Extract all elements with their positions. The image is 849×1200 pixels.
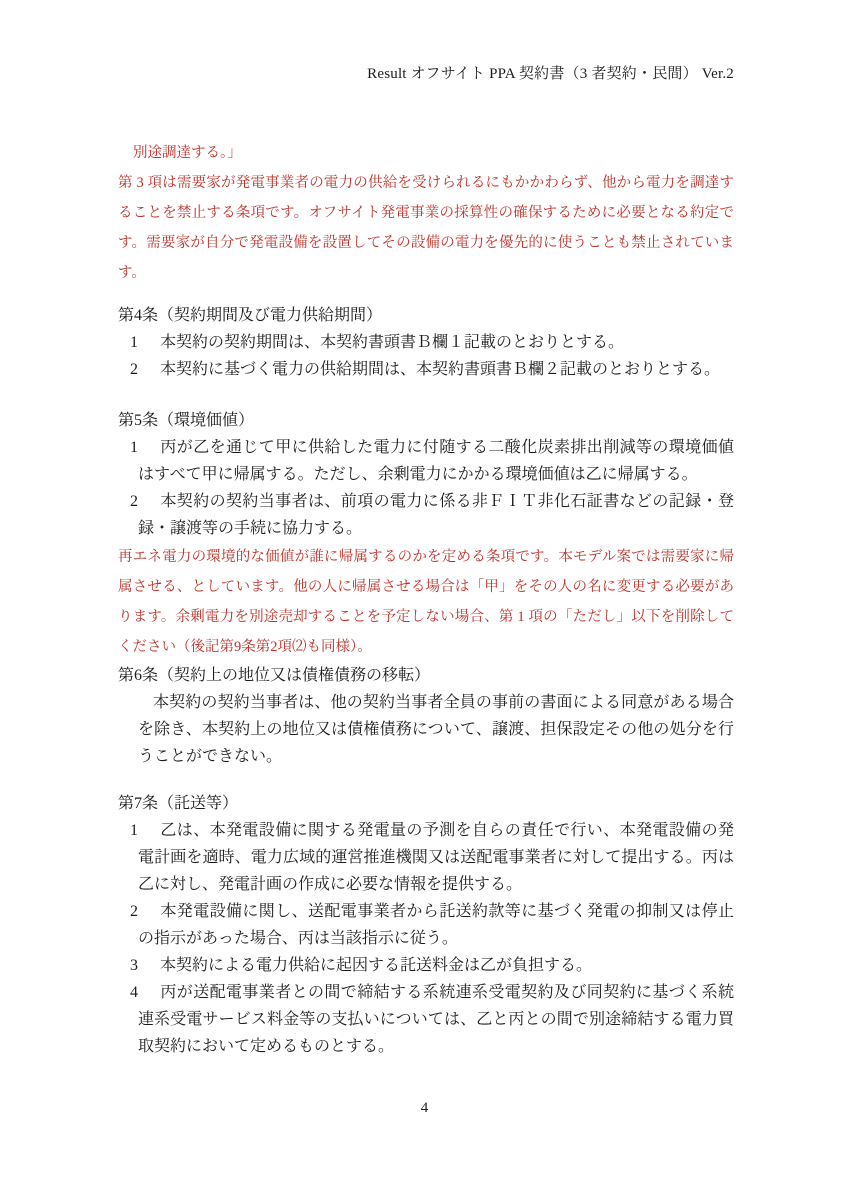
page-number: 4 — [0, 1098, 849, 1118]
item-number: 1 — [130, 434, 160, 461]
item-number: 1 — [130, 817, 160, 844]
article-5-heading: 第5条（環境価値） — [118, 407, 734, 434]
item-number: 3 — [130, 952, 160, 979]
article-5-item-2: 2本契約の契約当事者は、前項の電力に係る非ＦＩＴ非化石証書などの記録・登録・譲渡… — [118, 488, 734, 542]
article-4-section: 第4条（契約期間及び電力供給期間） 1本契約の契約期間は、本契約書頭書Ｂ欄１記載… — [118, 302, 734, 383]
item-text: 本契約の契約当事者は、前項の電力に係る非ＦＩＴ非化石証書などの記録・登録・譲渡等… — [138, 493, 734, 537]
document-content: Result オフサイト PPA 契約書（3 者契約・民間） Ver.2 別途調… — [118, 64, 734, 1060]
document-page: Result オフサイト PPA 契約書（3 者契約・民間） Ver.2 別途調… — [0, 0, 849, 1200]
article-5-section: 第5条（環境価値） 1丙が乙を通じて甲に供給した電力に付随する二酸化炭素排出削減… — [118, 407, 734, 542]
item-text: 本契約の契約期間は、本契約書頭書Ｂ欄１記載のとおりとする。 — [160, 334, 624, 351]
article-7-section: 第7条（託送等） 1乙は、本発電設備に関する発電量の予測を自らの責任で行い、本発… — [118, 790, 734, 1060]
document-header-title: Result オフサイト PPA 契約書（3 者契約・民間） Ver.2 — [118, 64, 734, 84]
article-7-item-1: 1乙は、本発電設備に関する発電量の予測を自らの責任で行い、本発電設備の発電計画を… — [118, 817, 734, 898]
item-text: 本発電設備に関し、送配電事業者から託送約款等に基づく発電の抑制又は停止の指示があ… — [138, 903, 734, 947]
quote-closing-line: 別途調達する。」 — [118, 138, 734, 168]
item-number: 2 — [130, 898, 160, 925]
item-text: 本契約に基づく電力の供給期間は、本契約書頭書Ｂ欄２記載のとおりとする。 — [160, 361, 720, 378]
article-7-item-2: 2本発電設備に関し、送配電事業者から託送約款等に基づく発電の抑制又は停止の指示が… — [118, 898, 734, 952]
article-7-heading: 第7条（託送等） — [118, 790, 734, 817]
article-6-heading: 第6条（契約上の地位又は債権債務の移転） — [118, 662, 734, 689]
article-4-item-1: 1本契約の契約期間は、本契約書頭書Ｂ欄１記載のとおりとする。 — [118, 329, 734, 356]
item-text: 丙が乙を通じて甲に供給した電力に付随する二酸化炭素排出削減等の環境価値はすべて甲… — [138, 439, 734, 483]
article-4-heading: 第4条（契約期間及び電力供給期間） — [118, 302, 734, 329]
item-text: 本契約による電力供給に起因する託送料金は乙が負担する。 — [160, 957, 592, 974]
article5-commentary: 再エネ電力の環境的な価値が誰に帰属するのかを定める条項です。本モデル案では需要家… — [118, 542, 734, 662]
item-number: 4 — [130, 979, 160, 1006]
article-5-item-1: 1丙が乙を通じて甲に供給した電力に付随する二酸化炭素排出削減等の環境価値はすべて… — [118, 434, 734, 488]
article-4-item-2: 2本契約に基づく電力の供給期間は、本契約書頭書Ｂ欄２記載のとおりとする。 — [118, 356, 734, 383]
item-number: 2 — [130, 488, 160, 515]
item-number: 2 — [130, 356, 160, 383]
article-6-section: 第6条（契約上の地位又は債権債務の移転） 本契約の契約当事者は、他の契約当事者全… — [118, 662, 734, 770]
article-6-body: 本契約の契約当事者は、他の契約当事者全員の事前の書面による同意がある場合を除き、… — [118, 689, 734, 770]
item-text: 乙は、本発電設備に関する発電量の予測を自らの責任で行い、本発電設備の発電計画を適… — [138, 822, 734, 893]
article-7-item-3: 3本契約による電力供給に起因する託送料金は乙が負担する。 — [118, 952, 734, 979]
article-7-item-4: 4丙が送配電事業者との間で締結する系統連系受電契約及び同契約に基づく系統連系受電… — [118, 979, 734, 1060]
article3-commentary: 第 3 項は需要家が発電事業者の電力の供給を受けられるにもかかわらず、他から電力… — [118, 168, 734, 288]
item-number: 1 — [130, 329, 160, 356]
item-text: 丙が送配電事業者との間で締結する系統連系受電契約及び同契約に基づく系統連系受電サ… — [138, 984, 734, 1055]
